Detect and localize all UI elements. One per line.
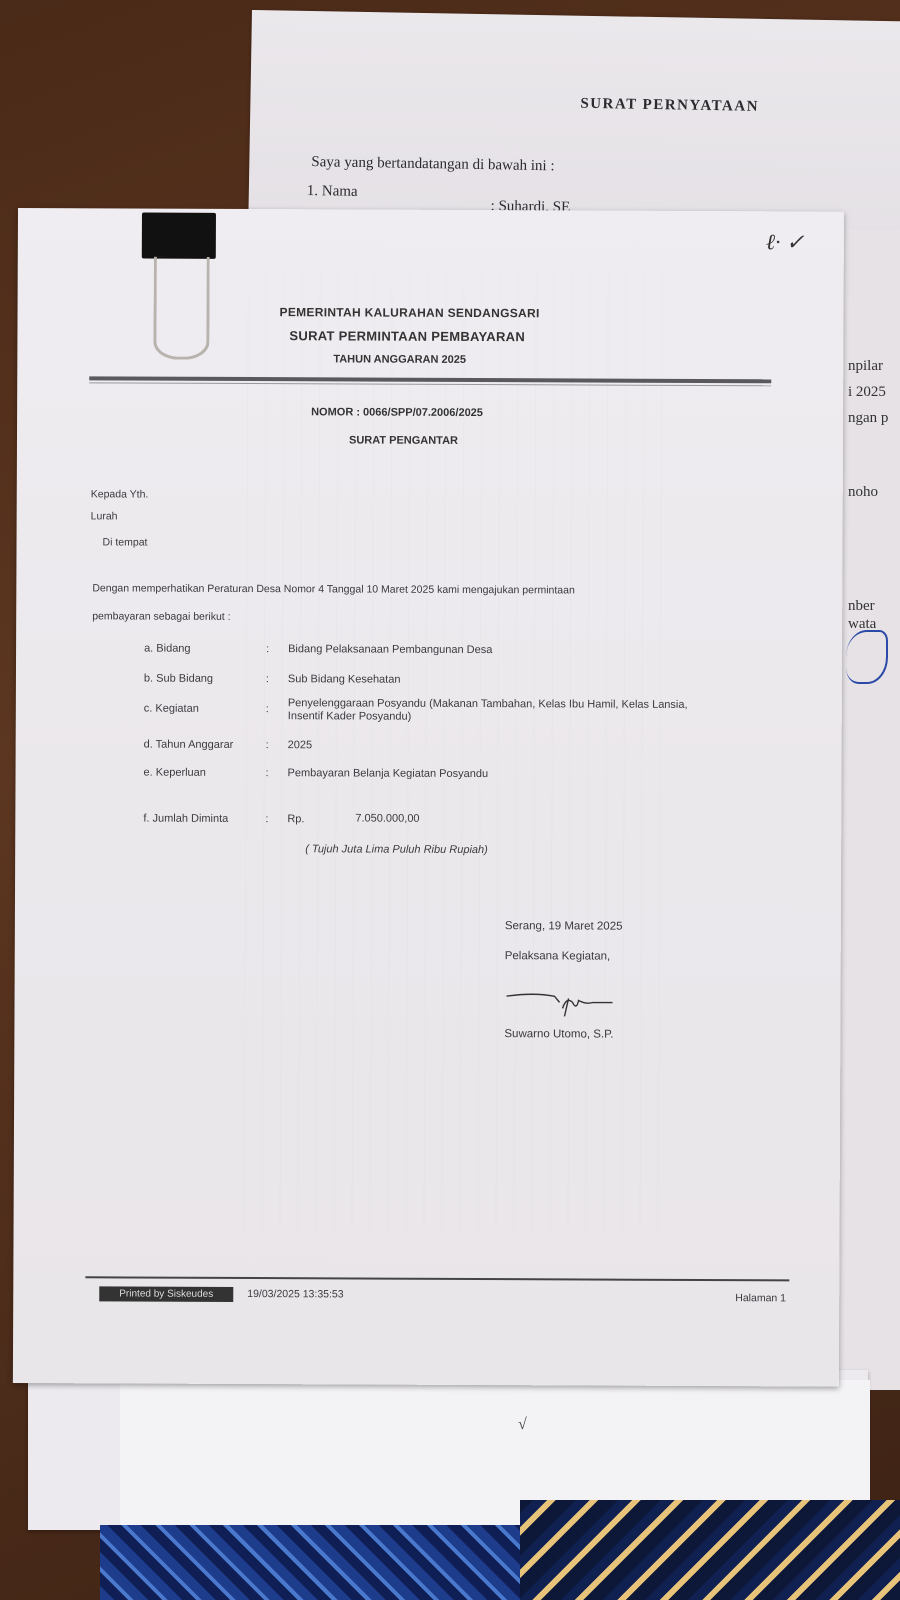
- back-document-intro: Saya yang bertandatangan di bawah ini :: [311, 154, 555, 175]
- right-fragment: nber: [848, 598, 875, 615]
- amount-in-words: ( Tujuh Juta Lima Puluh Ribu Rupiah): [305, 843, 488, 856]
- back-document-title: SURAT PERNYATAAN: [580, 96, 759, 116]
- handwritten-check-mark: ℓ· ✓: [766, 229, 805, 255]
- field-colon: :: [266, 703, 269, 715]
- field-value-keperluan: Pembayaran Belanja Kegiatan Posyandu: [288, 767, 489, 780]
- field-value-bidang: Bidang Pelaksanaan Pembangunan Desa: [288, 643, 492, 656]
- field-label-jumlah-diminta: f. Jumlah Diminta: [143, 813, 228, 825]
- binder-clip-icon: [142, 213, 216, 259]
- signature-place-date: Serang, 19 Maret 2025: [505, 920, 623, 933]
- binder-clip-handle: [153, 257, 209, 360]
- recipient-line-3: Di tempat: [103, 536, 148, 548]
- field-value-kegiatan: Penyelenggaraan Posyandu (Makanan Tambah…: [288, 697, 688, 711]
- right-underlying-sheet: npilar i 2025 ngan p noho nber wata: [838, 230, 900, 1390]
- batik-fabric-gold: [520, 1500, 900, 1600]
- signatory-name: Suwarno Utomo, S.P.: [504, 1028, 613, 1040]
- right-fragment: npilar: [848, 358, 883, 375]
- field-label-bidang: a. Bidang: [144, 643, 191, 655]
- field-value-kegiatan-cont: Insentif Kader Posyandu): [288, 710, 412, 723]
- footer-divider: [85, 1276, 789, 1281]
- field-value-sub-bidang: Sub Bidang Kesehatan: [288, 673, 401, 685]
- currency-label: Rp.: [287, 813, 304, 825]
- page-number: Halaman 1: [735, 1292, 786, 1304]
- recipient-line-2: Lurah: [91, 510, 118, 522]
- field-label-tahun-anggaran: d. Tahun Anggarar: [144, 739, 234, 751]
- field-colon: :: [266, 643, 269, 655]
- field-value-tahun-anggaran: 2025: [288, 739, 313, 751]
- right-fragment: i 2025: [848, 384, 886, 401]
- blue-signature-mark: [846, 630, 888, 684]
- pencil-check-mark: √: [518, 1416, 527, 1434]
- amount-requested: 7.050.000,00: [355, 812, 419, 824]
- recipient-line-1: Kepada Yth.: [91, 488, 149, 500]
- document-subtitle: SURAT PENGANTAR: [349, 434, 458, 446]
- body-text-line-2: pembayaran sebagai berikut :: [92, 610, 230, 623]
- signature-role: Pelaksana Kegiatan,: [505, 950, 611, 962]
- document-title: SURAT PERMINTAAN PEMBAYARAN: [289, 328, 525, 344]
- institution-header: PEMERINTAH KALURAHAN SENDANGSARI: [280, 305, 540, 320]
- printed-by-badge: Printed by Siskeudes: [99, 1286, 233, 1302]
- field-colon: :: [266, 739, 269, 751]
- back-document-field-label: 1. Nama: [307, 183, 358, 201]
- right-fragment: noho: [848, 484, 878, 501]
- document-number: NOMOR : 0066/SPP/07.2006/2025: [311, 406, 483, 419]
- field-colon: :: [265, 813, 268, 825]
- field-label-keperluan: e. Keperluan: [144, 767, 206, 779]
- right-fragment: ngan p: [848, 410, 888, 427]
- budget-year-header: TAHUN ANGGARAN 2025: [333, 353, 466, 366]
- body-text-line-1: Dengan memperhatikan Peraturan Desa Nomo…: [92, 582, 575, 596]
- field-colon: :: [266, 673, 269, 685]
- handwritten-signature-icon: [504, 990, 614, 1020]
- field-label-kegiatan: c. Kegiatan: [144, 703, 199, 715]
- field-colon: :: [266, 767, 269, 779]
- print-timestamp: 19/03/2025 13:35:53: [247, 1288, 343, 1300]
- payment-request-document: ℓ· ✓ PEMERINTAH KALURAHAN SENDANGSARI SU…: [13, 208, 844, 1387]
- field-label-sub-bidang: b. Sub Bidang: [144, 673, 213, 685]
